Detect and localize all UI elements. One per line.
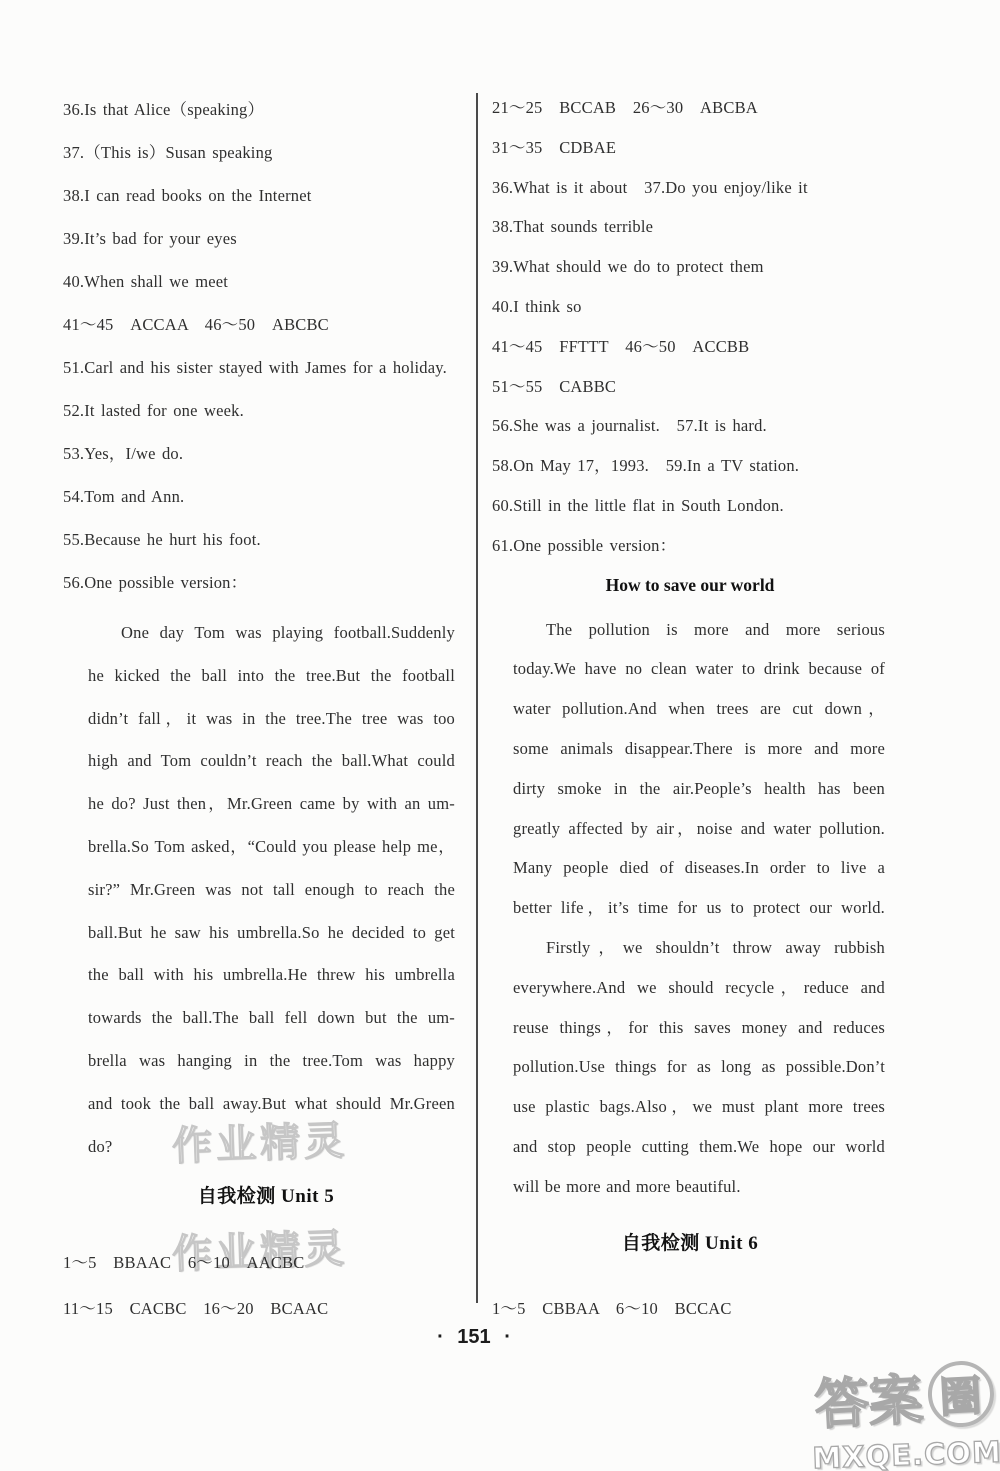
text-line: the ball with his umbrella.He threw his … — [88, 954, 455, 997]
text-line: will be more and more beautiful. — [513, 1167, 885, 1207]
text-line: 40.When shall we meet — [63, 260, 469, 303]
text-line: use plastic bags.Also，we must plant more… — [513, 1087, 885, 1127]
essay-save-world-paragraph-2: Firstly，we shouldn’t throw away rubbishe… — [492, 928, 888, 1207]
left-column: 36.Is that Alice（speaking）37.（This is）Su… — [63, 88, 469, 1332]
scanned-answer-page: 作业精灵 作业精灵 36.Is that Alice（speaking）37.（… — [0, 0, 1000, 1471]
unit6-answer-lines: 1～5 CBBAA 6～10 BCCAC — [492, 1289, 888, 1329]
right-column: 21～25 BCCAB 26～30 ABCBA31～35 CDBAE36.Wha… — [492, 88, 888, 1329]
text-line: 39.What should we do to protect them — [492, 247, 888, 287]
text-line: didn’t fall，it was in the tree.The tree … — [88, 698, 455, 741]
text-line: 60.Still in the little flat in South Lon… — [492, 486, 888, 526]
brand-prefix-text: 答案 — [813, 1357, 925, 1440]
text-line: 1～5 CBBAA 6～10 BCCAC — [492, 1289, 888, 1329]
essay-save-world-paragraph-1: The pollution is more and more seriousto… — [492, 610, 888, 928]
text-line: 40.I think so — [492, 287, 888, 327]
brand-watermark-url: MXQE.COM — [802, 1434, 1000, 1471]
text-line: high and Tom couldn’t reach the ball.Wha… — [88, 740, 455, 783]
text-line: Firstly，we shouldn’t throw away rubbish — [513, 928, 885, 968]
brand-circle-icon: 圈 — [926, 1359, 995, 1428]
essay-title-save-our-world: How to save our world — [492, 570, 888, 600]
text-line: pollution.Use things for as long as poss… — [513, 1047, 885, 1087]
text-line: dirty smoke in the air.People’s health h… — [513, 769, 885, 809]
text-line: he kicked the ball into the tree.But the… — [88, 655, 455, 698]
essay-tom-football: One day Tom was playing football.Suddenl… — [63, 612, 469, 1168]
text-line: 52.It lasted for one week. — [63, 389, 469, 432]
column-divider-line — [476, 93, 478, 1303]
text-line: towards the ball.The ball fell down but … — [88, 997, 455, 1040]
text-line: ball.But he saw his umbrella.So he decid… — [88, 912, 455, 955]
text-line: greatly affected by air，noise and water … — [513, 809, 885, 849]
brand-watermark-text: 答案 圈 — [797, 1353, 1000, 1441]
section-heading-unit6: 自我检测 Unit 6 — [492, 1231, 888, 1257]
text-line: 51.Carl and his sister stayed with James… — [63, 346, 469, 389]
text-line: 36.What is it about 37.Do you enjoy/like… — [492, 168, 888, 208]
text-line: sir?” Mr.Green was not tall enough to re… — [88, 869, 455, 912]
text-line: do? — [88, 1126, 455, 1169]
answer-items-21-61: 21～25 BCCAB 26～30 ABCBA31～35 CDBAE36.Wha… — [492, 88, 888, 566]
text-line: he do? Just then，Mr.Green came by with a… — [88, 783, 455, 826]
text-line: water pollution.And when trees are cut d… — [513, 689, 885, 729]
text-line: 38.I can read books on the Internet — [63, 174, 469, 217]
text-line: and took the ball away.But what should M… — [88, 1083, 455, 1126]
text-line: 61.One possible version： — [492, 526, 888, 566]
text-line: 55.Because he hurt his foot. — [63, 518, 469, 561]
answer-items-36-56: 36.Is that Alice（speaking）37.（This is）Su… — [63, 88, 469, 604]
text-line: The pollution is more and more serious — [513, 610, 885, 650]
brand-watermark: 答案 圈 MXQE.COM — [797, 1353, 1000, 1471]
text-line: brella was hanging in the tree.Tom was h… — [88, 1040, 455, 1083]
text-line: 1～5 BBAAC 6～10 AACBC — [63, 1240, 469, 1286]
page-number: · 151 · — [63, 1326, 885, 1349]
unit5-answer-lines: 1～5 BBAAC 6～10 AACBC11～15 CACBC 16～20 BC… — [63, 1240, 469, 1332]
text-line: everywhere.And we should recycle，reduce … — [513, 968, 885, 1008]
text-line: today.We have no clean water to drink be… — [513, 649, 885, 689]
text-line: 56.She was a journalist. 57.It is hard. — [492, 406, 888, 446]
text-line: 39.It’s bad for your eyes — [63, 217, 469, 260]
text-line: Many people died of diseases.In order to… — [513, 848, 885, 888]
text-line: 53.Yes，I/we do. — [63, 432, 469, 475]
text-line: 58.On May 17，1993. 59.In a TV station. — [492, 446, 888, 486]
text-line: 54.Tom and Ann. — [63, 475, 469, 518]
text-line: reuse things，for this saves money and re… — [513, 1008, 885, 1048]
text-line: 41～45 ACCAA 46～50 ABCBC — [63, 303, 469, 346]
text-line: better life，it’s time for us to protect … — [513, 888, 885, 928]
text-line: 36.Is that Alice（speaking） — [63, 88, 469, 131]
section-heading-unit5: 自我检测 Unit 5 — [63, 1184, 469, 1210]
text-line: 38.That sounds terrible — [492, 207, 888, 247]
text-line: 51～55 CABBC — [492, 367, 888, 407]
text-line: 56.One possible version： — [63, 561, 469, 604]
text-line: One day Tom was playing football.Suddenl… — [88, 612, 455, 655]
text-line: 37.（This is）Susan speaking — [63, 131, 469, 174]
text-line: 31～35 CDBAE — [492, 128, 888, 168]
text-line: 21～25 BCCAB 26～30 ABCBA — [492, 88, 888, 128]
text-line: 41～45 FFTTT 46～50 ACCBB — [492, 327, 888, 367]
text-line: brella.So Tom asked，“Could you please he… — [88, 826, 455, 869]
text-line: some animals disappear.There is more and… — [513, 729, 885, 769]
text-line: and stop people cutting them.We hope our… — [513, 1127, 885, 1167]
